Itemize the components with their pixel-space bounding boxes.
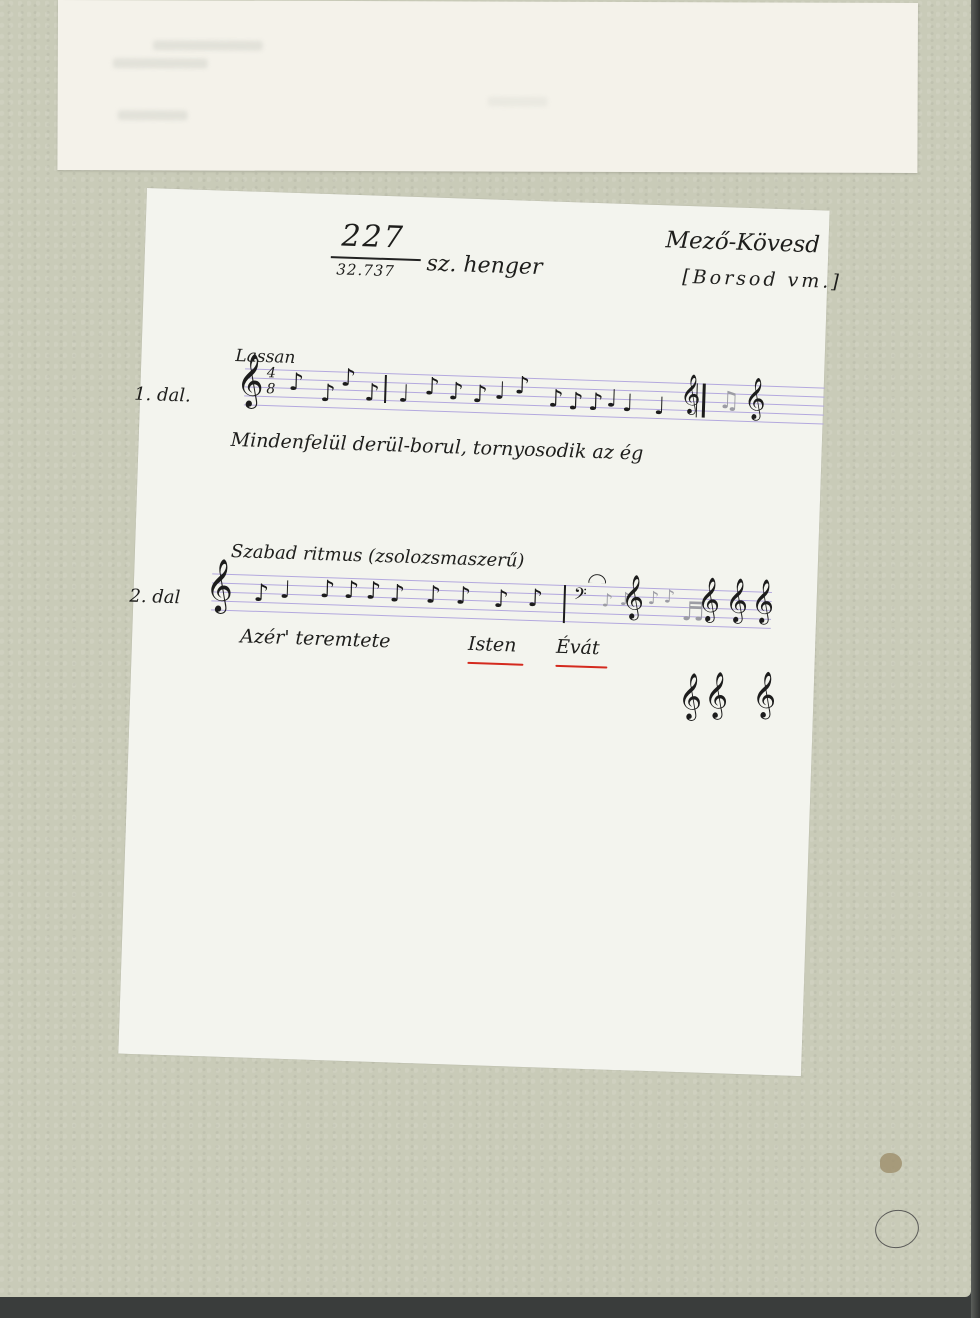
bleed-through-mark [113,58,208,68]
eighth-note-icon: ♪ [424,374,440,398]
eighth-note-icon: ♪ [253,581,269,605]
song-1-label: 1. dal. [134,384,191,407]
red-underline [467,662,523,666]
sixteenth-note-icon: ♪ [425,582,441,606]
eighth-note-icon: ♪ [588,390,604,414]
song-2-lyrics-part-3: Évát [556,636,600,659]
treble-clef-pencil-icon: 𝄞 [704,675,729,716]
treble-clef-pencil-icon: 𝄞 [725,580,749,619]
eighth-note-icon: ♪ [527,586,543,610]
sixteenth-note-icon: ♪ [389,581,405,605]
barline [384,375,387,403]
treble-clef-pencil-icon: 𝄞 [697,579,721,618]
treble-clef-pencil-icon: 𝄞 [744,381,766,418]
cylinder-label: sz. henger [426,251,543,280]
sixteenth-note-icon: ♪ [455,583,471,607]
location-name: Mező-Kövesd [665,227,820,258]
eighth-note-pencil-icon: ♪ [663,588,675,606]
quarter-note-icon: ♩ [606,386,618,410]
catalog-subnumber: 32.737 [336,260,395,280]
bleed-through-mark [488,97,548,107]
top-paper-slip [57,0,918,173]
bass-clef-pencil-icon: 𝄢 [573,585,587,605]
brown-stain [880,1153,902,1173]
eighth-note-icon: ♪ [568,389,584,413]
quarter-note-icon: ♩ [654,394,666,418]
time-signature-top: 4 [267,365,276,381]
time-signature-bottom: 8 [266,381,275,397]
treble-clef-pencil-icon: 𝄞 [752,674,777,715]
eighth-note-icon: ♪ [448,379,464,403]
eighth-note-pencil-icon: ♪ [601,592,613,610]
catalog-number: 227 [341,218,405,255]
eighth-note-icon: ♪ [514,373,530,397]
song-2-label: 2. dal [129,586,181,609]
beamed-notes-pencil-icon: ♫ [718,388,740,413]
treble-clef-pencil-icon: 𝄞 [680,377,701,412]
treble-clef-icon: 𝄞 [236,356,265,403]
dotted-eighth-note-icon: ♪ [364,380,380,404]
eighth-note-icon: ♪ [320,381,336,405]
treble-clef-pencil-icon: 𝄞 [678,676,703,717]
sixteenth-note-icon: ♪ [319,577,335,601]
red-underline [555,665,607,669]
quarter-note-icon: ♩ [622,391,634,415]
song-2-lyrics-part-1: Azér' teremtete [240,625,391,652]
song-1-lyrics: Mindenfelül derül-borul, tornyosodik az … [230,429,643,465]
treble-clef-icon: 𝄞 [205,561,234,608]
treble-clef-pencil-icon: 𝄞 [621,577,645,616]
song-2-tempo: Szabad ritmus (zsolozsmaszerű) [231,541,525,572]
eighth-note-icon: ♪ [493,587,509,611]
manuscript-sheet: 227 32.737 sz. henger Mező-Kövesd [Borso… [118,188,829,1076]
fermata-icon [588,574,606,584]
song-2-lyrics-part-2: Isten [468,633,517,657]
song-2-staff: 𝄞 ♪ ♩ ♪ ♪ ♪ ♪ ♪ ♪ ♪ ♪ 𝄢 ♪ ♪ 𝄞 ♪ ♪ ♬ 𝄞 𝄞 … [211,573,772,632]
county-name: [Borsod vm.] [682,266,842,293]
song-1-staff: 𝄞 4 8 ♪ ♪ ♪ ♪ ♩ ♪ ♪ ♪ ♩ ♪ ♪ ♪ ♪ ♩ ♩ ♩ 𝄞 … [244,368,825,427]
eighth-note-pencil-icon: ♪ [647,590,659,608]
sixteenth-note-icon: ♪ [365,578,381,602]
quarter-note-icon: ♩ [494,379,506,403]
bleed-through-mark [118,110,188,120]
final-double-barline [702,384,706,418]
scanner-edge [971,0,980,1318]
sixteenth-note-icon: ♪ [343,578,359,602]
sixteenth-note-icon: ♪ [340,366,356,390]
eighth-note-icon: ♪ [472,382,488,406]
treble-clef-pencil-icon: 𝄞 [751,581,775,620]
bleed-through-mark [153,40,263,50]
eighth-note-icon: ♪ [548,386,564,410]
quarter-note-icon: ♩ [279,578,291,602]
eighth-note-icon: ♪ [288,370,304,394]
quarter-note-icon: ♩ [398,381,410,405]
